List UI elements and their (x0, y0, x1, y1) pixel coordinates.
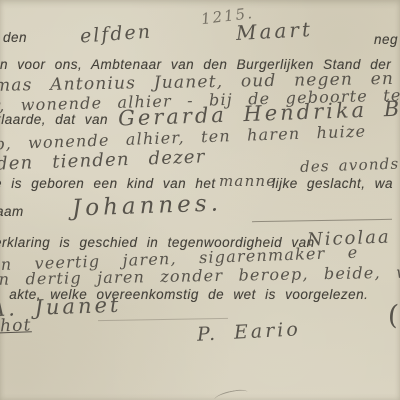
date-day-handwritten: elfden (79, 23, 152, 47)
edge-signature-mark: ( (387, 300, 400, 332)
bottom-edge-ink-mark (213, 388, 248, 400)
sex-handwritten-insert: manne (219, 174, 276, 189)
date-prefix-printed: den (3, 31, 27, 45)
sex-printed-fragment-a: e is geboren een kind van het (0, 177, 216, 191)
birth-time-handwritten: des avonds t (300, 156, 400, 175)
signature-declarant-flourish (98, 318, 228, 321)
child-name-handwritten: Johannes. (72, 192, 223, 220)
document-page: 1215. den elfden Maart neg en voor ons, … (0, 0, 400, 400)
mother-printed-fragment: klaarde, dat van (0, 113, 108, 127)
birth-date-handwritten: den tienden dezer (0, 148, 206, 173)
date-month-handwritten: Maart (236, 19, 314, 43)
signature-partial-left: thot (0, 317, 32, 335)
date-year-printed-fragment: neg (374, 33, 398, 47)
sex-printed-fragment-b: lijke geslacht, wa (272, 177, 393, 191)
name-printed-fragment: naam (0, 205, 24, 219)
name-line-rule (252, 219, 392, 222)
signature-registrar: P. Eario (197, 320, 302, 344)
